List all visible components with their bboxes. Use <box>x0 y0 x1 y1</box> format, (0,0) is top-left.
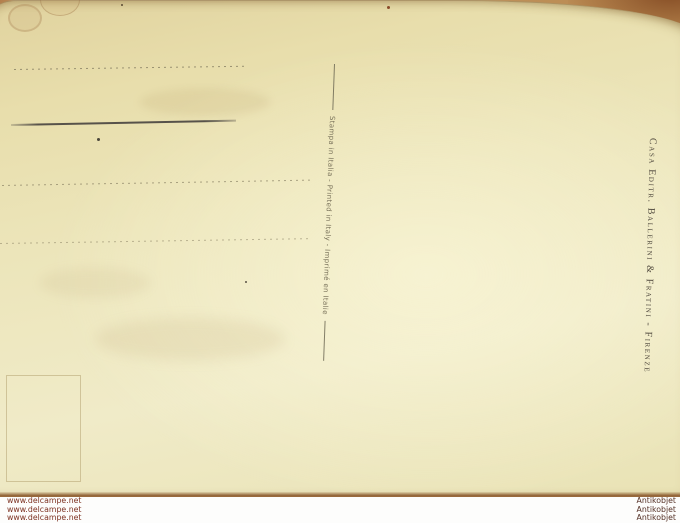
divider-rule-bottom <box>323 321 325 361</box>
delcampe-watermark-row: www.delcampe.net <box>7 514 82 523</box>
stain-smudge <box>140 88 270 116</box>
delcampe-watermark: www.delcampe.net www.delcampe.net www.de… <box>7 497 82 523</box>
stain-ring <box>8 4 42 32</box>
stain-smudge <box>95 318 285 360</box>
ink-speck <box>387 6 390 9</box>
postcard-scan: Stampa in Italia - Printed in Italy - Im… <box>0 0 680 523</box>
divider-rule-top <box>332 64 335 110</box>
ink-speck <box>97 138 100 141</box>
stain-smudge <box>40 268 150 298</box>
faint-impressed-box <box>6 375 81 482</box>
watermark-strip: www.delcampe.net www.delcampe.net www.de… <box>0 497 680 523</box>
printed-in-italy-text: Stampa in Italia - Printed in Italy - Im… <box>321 116 336 315</box>
antikobjet-watermark-row: Antikobjet <box>637 514 676 523</box>
ink-speck <box>121 4 123 6</box>
ink-speck <box>245 281 247 283</box>
publisher-text: Casa Editr. Ballerini & Fratini - Firenz… <box>642 138 658 373</box>
antikobjet-watermark: Antikobjet Antikobjet Antikobjet <box>637 497 676 523</box>
